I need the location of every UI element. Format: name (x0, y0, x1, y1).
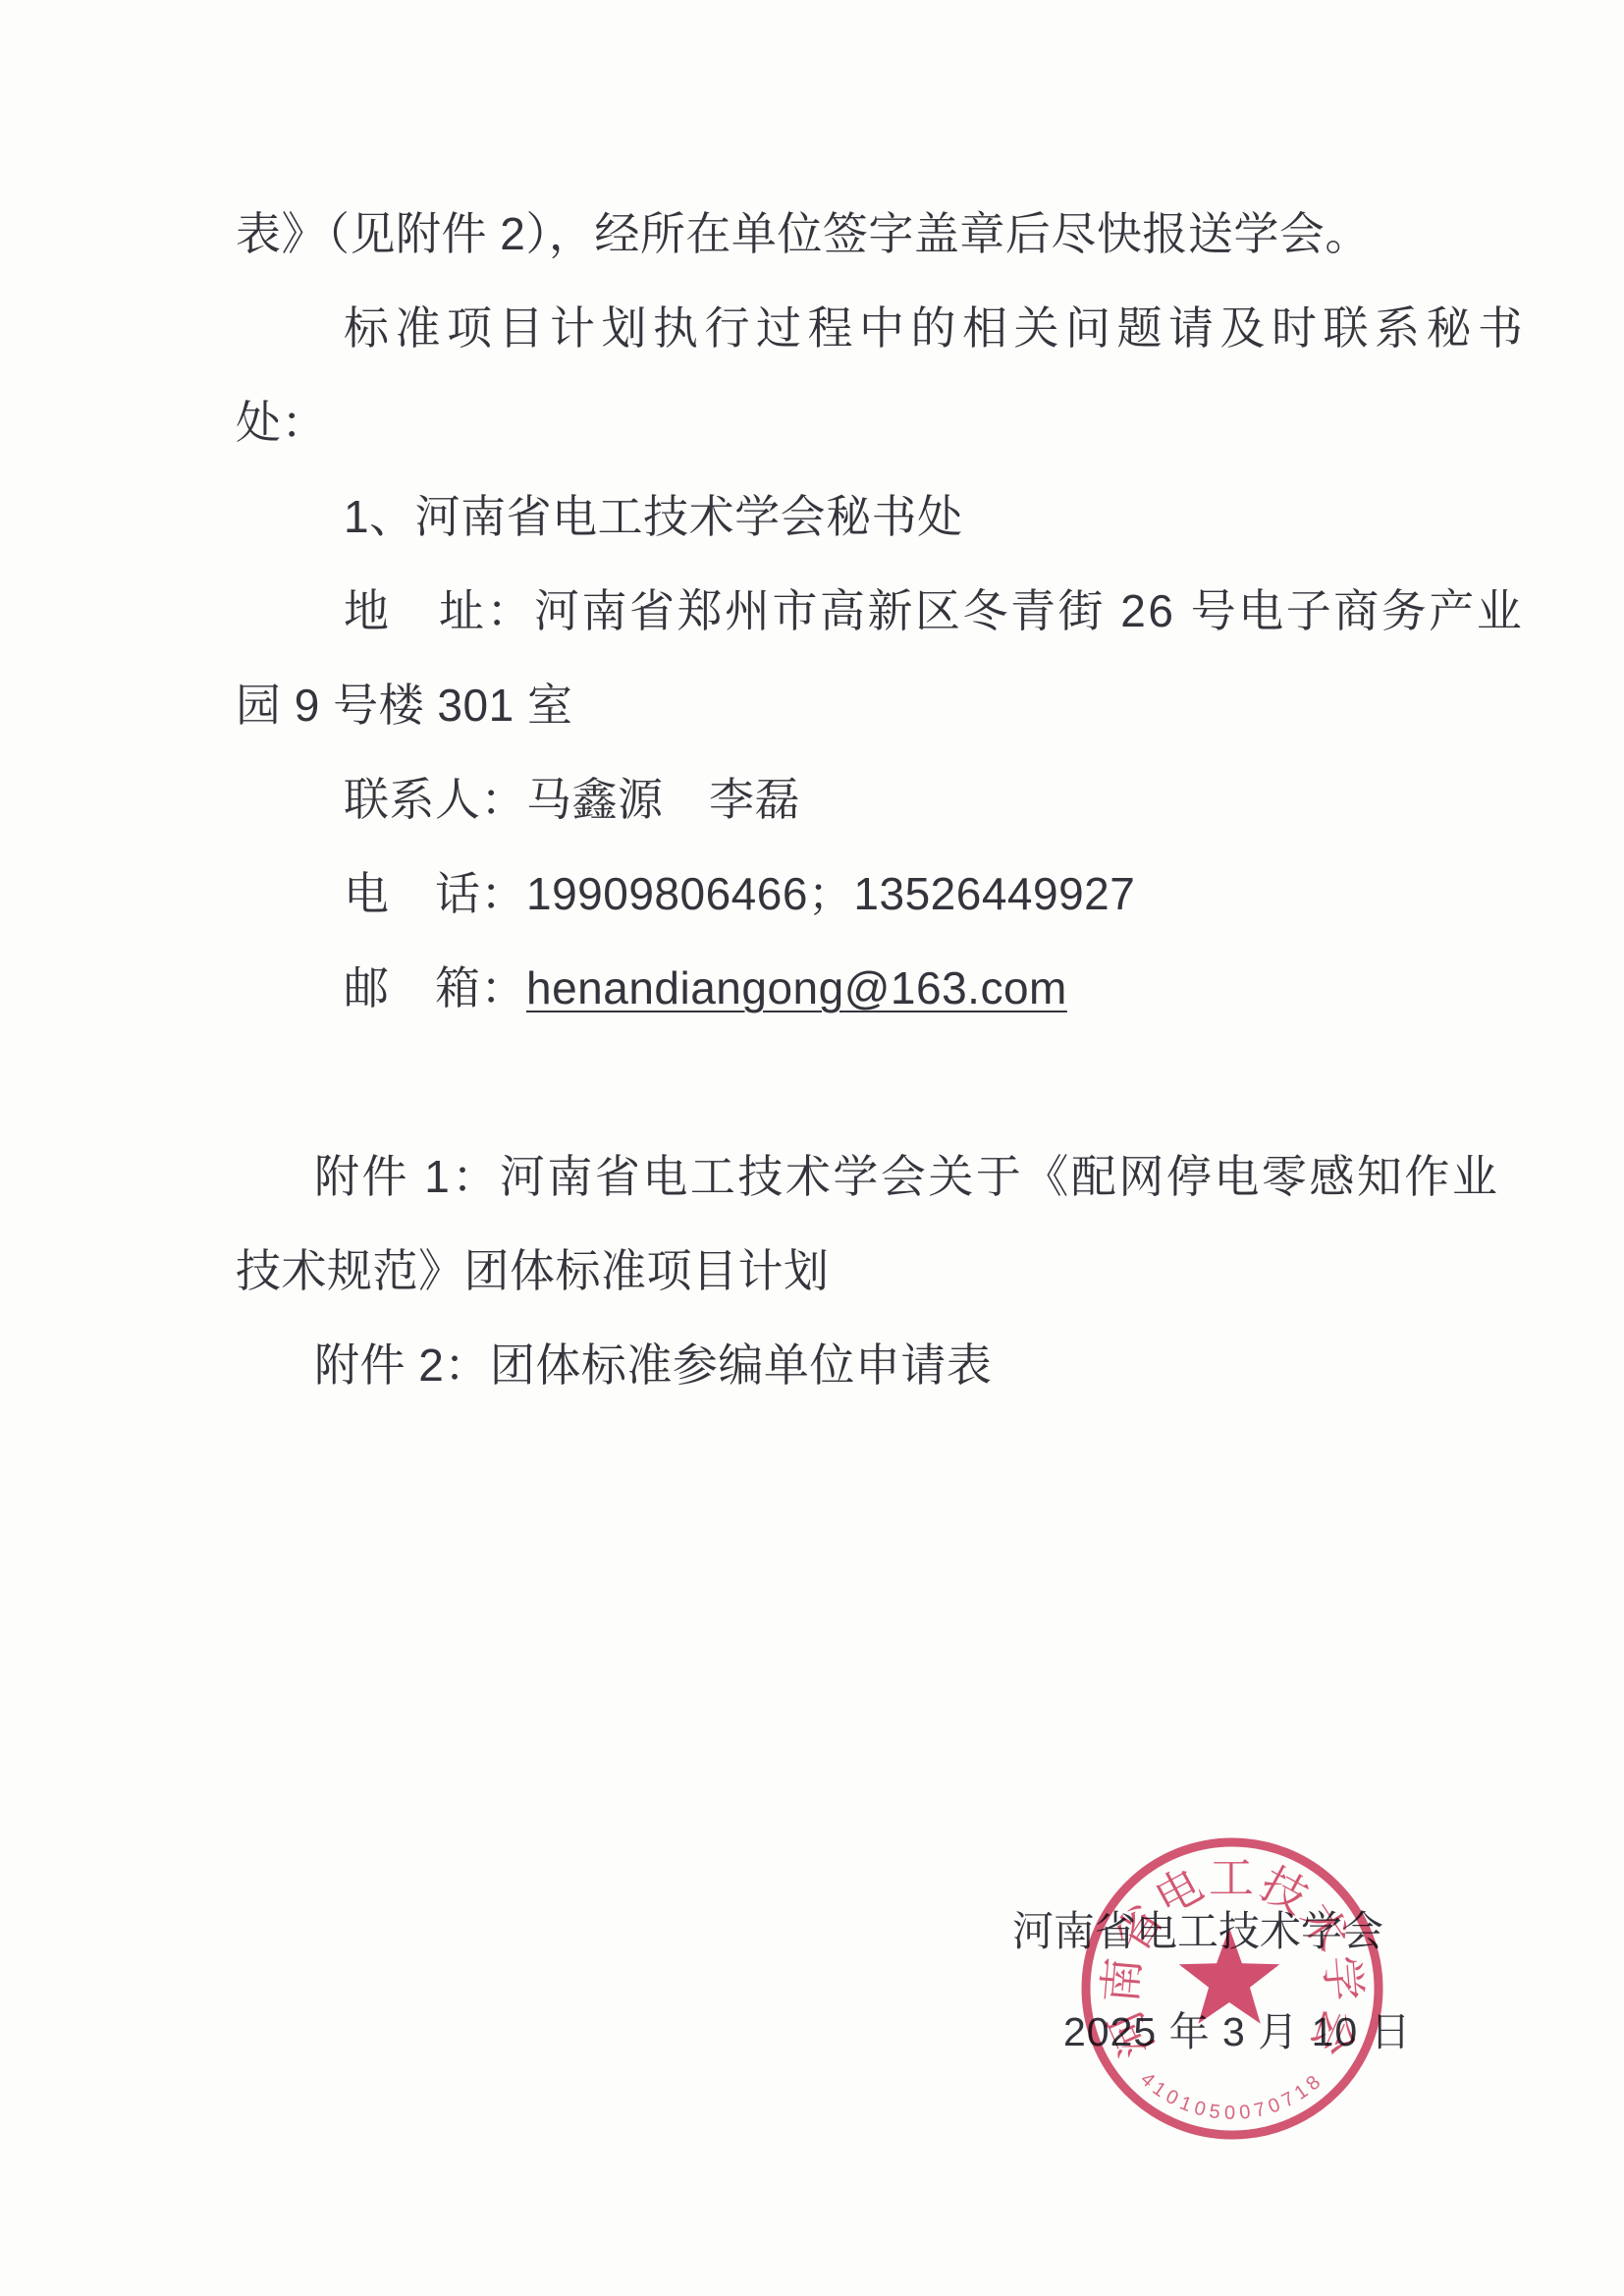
body-line-address: 地 址：河南省郑州市高新区冬青街 26 号电子商务产业 (236, 564, 1497, 658)
email-label: 邮 箱： (344, 962, 526, 1013)
blank-line (236, 1035, 1497, 1129)
body-line-4: 1、河南省电工技术学会秘书处 (236, 469, 1497, 564)
body-line-address-cont: 园 9 号楼 301 室 (236, 658, 1497, 752)
scanned-letter-page: 表》（见附件 2），经所在单位签字盖章后尽快报送学会。 标准项目计划执行过程中的… (0, 0, 1624, 2296)
body-line-2: 标准项目计划执行过程中的相关问题请及时联系秘书 (236, 281, 1497, 375)
body-line-attachment-1: 附件 1：河南省电工技术学会关于《配网停电零感知作业 (236, 1129, 1497, 1224)
seal-star-icon (1179, 1928, 1280, 2024)
letter-body: 表》（见附件 2），经所在单位签字盖章后尽快报送学会。 标准项目计划执行过程中的… (236, 187, 1497, 1412)
email-address: henandiangong@163.com (526, 962, 1067, 1013)
body-line-3: 处： (236, 375, 1497, 469)
body-line-attachment-2: 附件 2：团体标准参编单位申请表 (236, 1318, 1497, 1412)
body-line-attachment-1-cont: 技术规范》团体标准项目计划 (236, 1224, 1497, 1318)
official-seal: 河南省电工技术学会 4101050070718 (1077, 1833, 1387, 2144)
body-line-email: 邮 箱：henandiangong@163.com (236, 941, 1497, 1035)
body-line-1: 表》（见附件 2），经所在单位签字盖章后尽快报送学会。 (236, 187, 1497, 281)
body-line-contacts: 联系人：马鑫源 李磊 (236, 752, 1497, 847)
body-line-phone: 电 话：19909806466；13526449927 (236, 847, 1497, 941)
